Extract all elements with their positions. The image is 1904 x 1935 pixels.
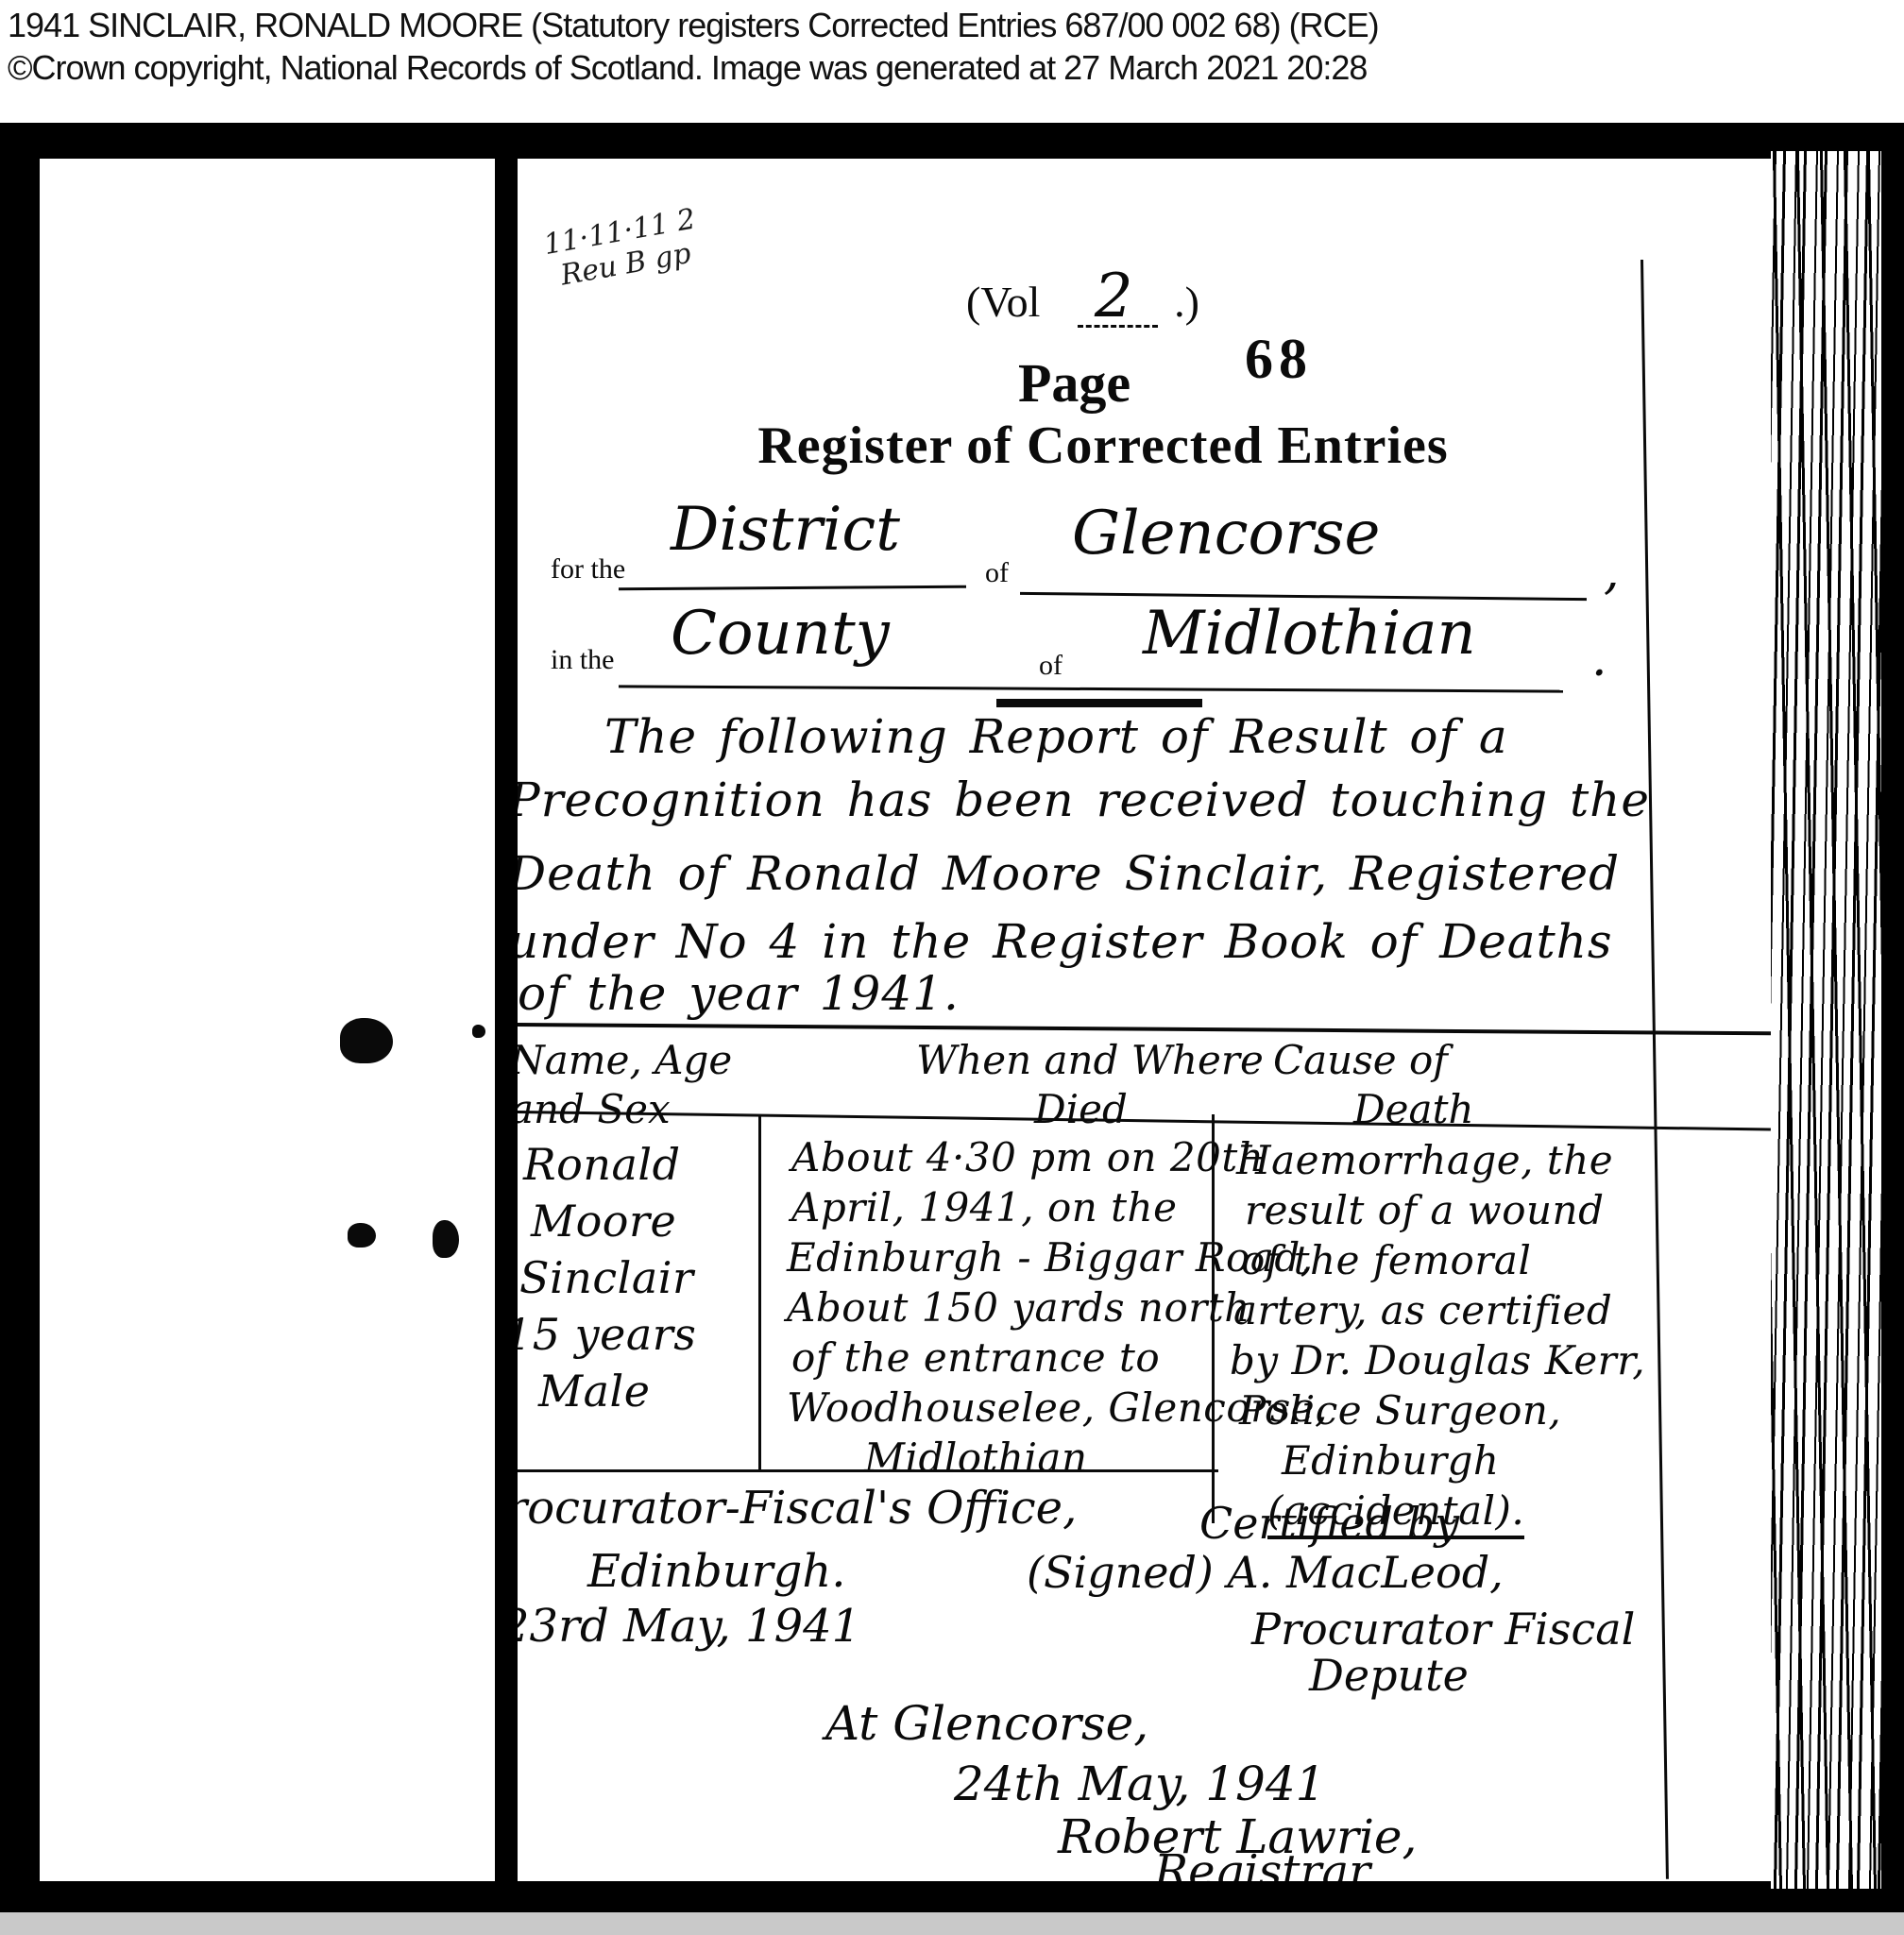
table-header-rule xyxy=(518,1111,1771,1131)
col1-header-line2: and Sex xyxy=(518,1086,671,1132)
col2-header-line2: Died xyxy=(1034,1086,1128,1132)
district-of: of xyxy=(985,557,1009,589)
when-cell-line: April, 1941, on the xyxy=(791,1184,1177,1231)
table-top-rule xyxy=(518,1023,1771,1035)
certified-line: (Signed) A. MacLeod, xyxy=(1027,1547,1504,1598)
cause-cell-line: Edinburgh xyxy=(1282,1437,1499,1484)
scanner-bottom-strip xyxy=(0,1912,1904,1935)
volume-suffix: .) xyxy=(1174,278,1199,326)
header-line-2: ©Crown copyright, National Records of Sc… xyxy=(8,46,1379,89)
cause-cell-line: result of a wound xyxy=(1245,1187,1605,1233)
district-value-2: Glencorse xyxy=(1072,499,1380,569)
certified-line: Certified by xyxy=(1199,1498,1459,1549)
paragraph-line: of the year 1941. xyxy=(518,966,960,1021)
office-line: 23rd May, 1941 xyxy=(518,1600,860,1653)
certified-line: Depute xyxy=(1309,1650,1469,1701)
paragraph-line: Death of Ronald Moore Sinclair, Register… xyxy=(518,846,1620,901)
page-title: Register of Corrected Entries xyxy=(678,416,1528,476)
volume-label: (Vol xyxy=(966,278,1040,326)
registrar-line: At Glencorse, xyxy=(825,1696,1148,1751)
name-cell-line: 15 years xyxy=(518,1309,696,1360)
volume-line: (Vol 2 .) xyxy=(966,270,1199,328)
county-prefix: in the xyxy=(551,644,615,676)
when-cell-line: Midlothian xyxy=(864,1434,1088,1481)
name-cell-line: Sinclair xyxy=(519,1252,693,1303)
when-cell-line: About 150 yards north xyxy=(787,1284,1250,1331)
paragraph-line: Precognition has been received touching … xyxy=(518,772,1650,827)
cause-cell-line: Haemorrhage, the xyxy=(1236,1137,1613,1183)
county-of: of xyxy=(1039,650,1062,682)
page-label: Page xyxy=(1018,351,1130,415)
registrar-line: Registrar xyxy=(1154,1845,1370,1881)
name-cell-line: Moore xyxy=(531,1196,676,1247)
table-col-divider-1 xyxy=(758,1114,761,1471)
col1-header-line1: Name, Age xyxy=(518,1037,732,1083)
when-cell-line: About 4·30 pm on 20th xyxy=(791,1134,1264,1180)
scanned-register-image: 11·11·11 2 Reu B gp (Vol 2 .) Page 68 Re… xyxy=(0,123,1904,1935)
ink-smudge xyxy=(433,1220,459,1258)
paragraph-line: The following Report of Result of a xyxy=(604,709,1508,764)
when-cell-line: of the entrance to xyxy=(791,1334,1160,1381)
district-underline xyxy=(619,586,966,591)
page-number: 68 xyxy=(1245,327,1313,392)
office-line: Edinburgh. xyxy=(587,1545,846,1598)
book-page-edges xyxy=(1771,151,1881,1889)
county-value-2: Midlothian xyxy=(1143,599,1476,669)
district-comma: , xyxy=(1604,544,1620,601)
name-cell-line: Male xyxy=(538,1366,650,1417)
county-period: . xyxy=(1591,631,1607,687)
certified-line: Procurator Fiscal xyxy=(1251,1604,1635,1655)
register-page: 11·11·11 2 Reu B gp (Vol 2 .) Page 68 Re… xyxy=(518,159,1771,1881)
district-prefix: for the xyxy=(551,553,625,586)
district-value: District xyxy=(671,495,900,565)
volume-number: 2 xyxy=(1078,270,1158,328)
copyright-header: 1941 SINCLAIR, RONALD MOORE (Statutory r… xyxy=(8,4,1379,89)
when-cell-line: Edinburgh - Biggar Road, xyxy=(787,1234,1314,1281)
pencil-annotation: 11·11·11 2 Reu B gp xyxy=(541,202,704,294)
ink-smudge xyxy=(340,1018,393,1063)
header-line-1: 1941 SINCLAIR, RONALD MOORE (Statutory r… xyxy=(8,4,1379,46)
office-line: Procurator-Fiscal's Office, xyxy=(518,1482,1077,1535)
right-margin-rule xyxy=(1640,260,1669,1879)
cause-cell-line: by Dr. Douglas Kerr, xyxy=(1230,1337,1645,1383)
cause-cell-line: of the femoral xyxy=(1241,1237,1531,1283)
col3-header-line2: Death xyxy=(1353,1086,1474,1132)
paragraph-line: under No 4 in the Register Book of Death… xyxy=(518,914,1613,969)
county-value: County xyxy=(671,599,890,669)
col3-header-line1: Cause of xyxy=(1273,1037,1448,1083)
name-cell-line: Ronald xyxy=(523,1139,681,1190)
col2-header-line1: When and Where xyxy=(916,1037,1264,1083)
cause-cell-line: Police Surgeon, xyxy=(1239,1387,1561,1434)
heavy-ink-mark xyxy=(996,699,1202,707)
left-blank-page xyxy=(40,159,495,1881)
ink-smudge xyxy=(348,1223,376,1248)
cause-cell-line: artery, as certified xyxy=(1233,1287,1612,1333)
ink-smudge xyxy=(472,1025,485,1038)
registrar-line: 24th May, 1941 xyxy=(954,1757,1325,1811)
county-underline xyxy=(619,685,1563,692)
